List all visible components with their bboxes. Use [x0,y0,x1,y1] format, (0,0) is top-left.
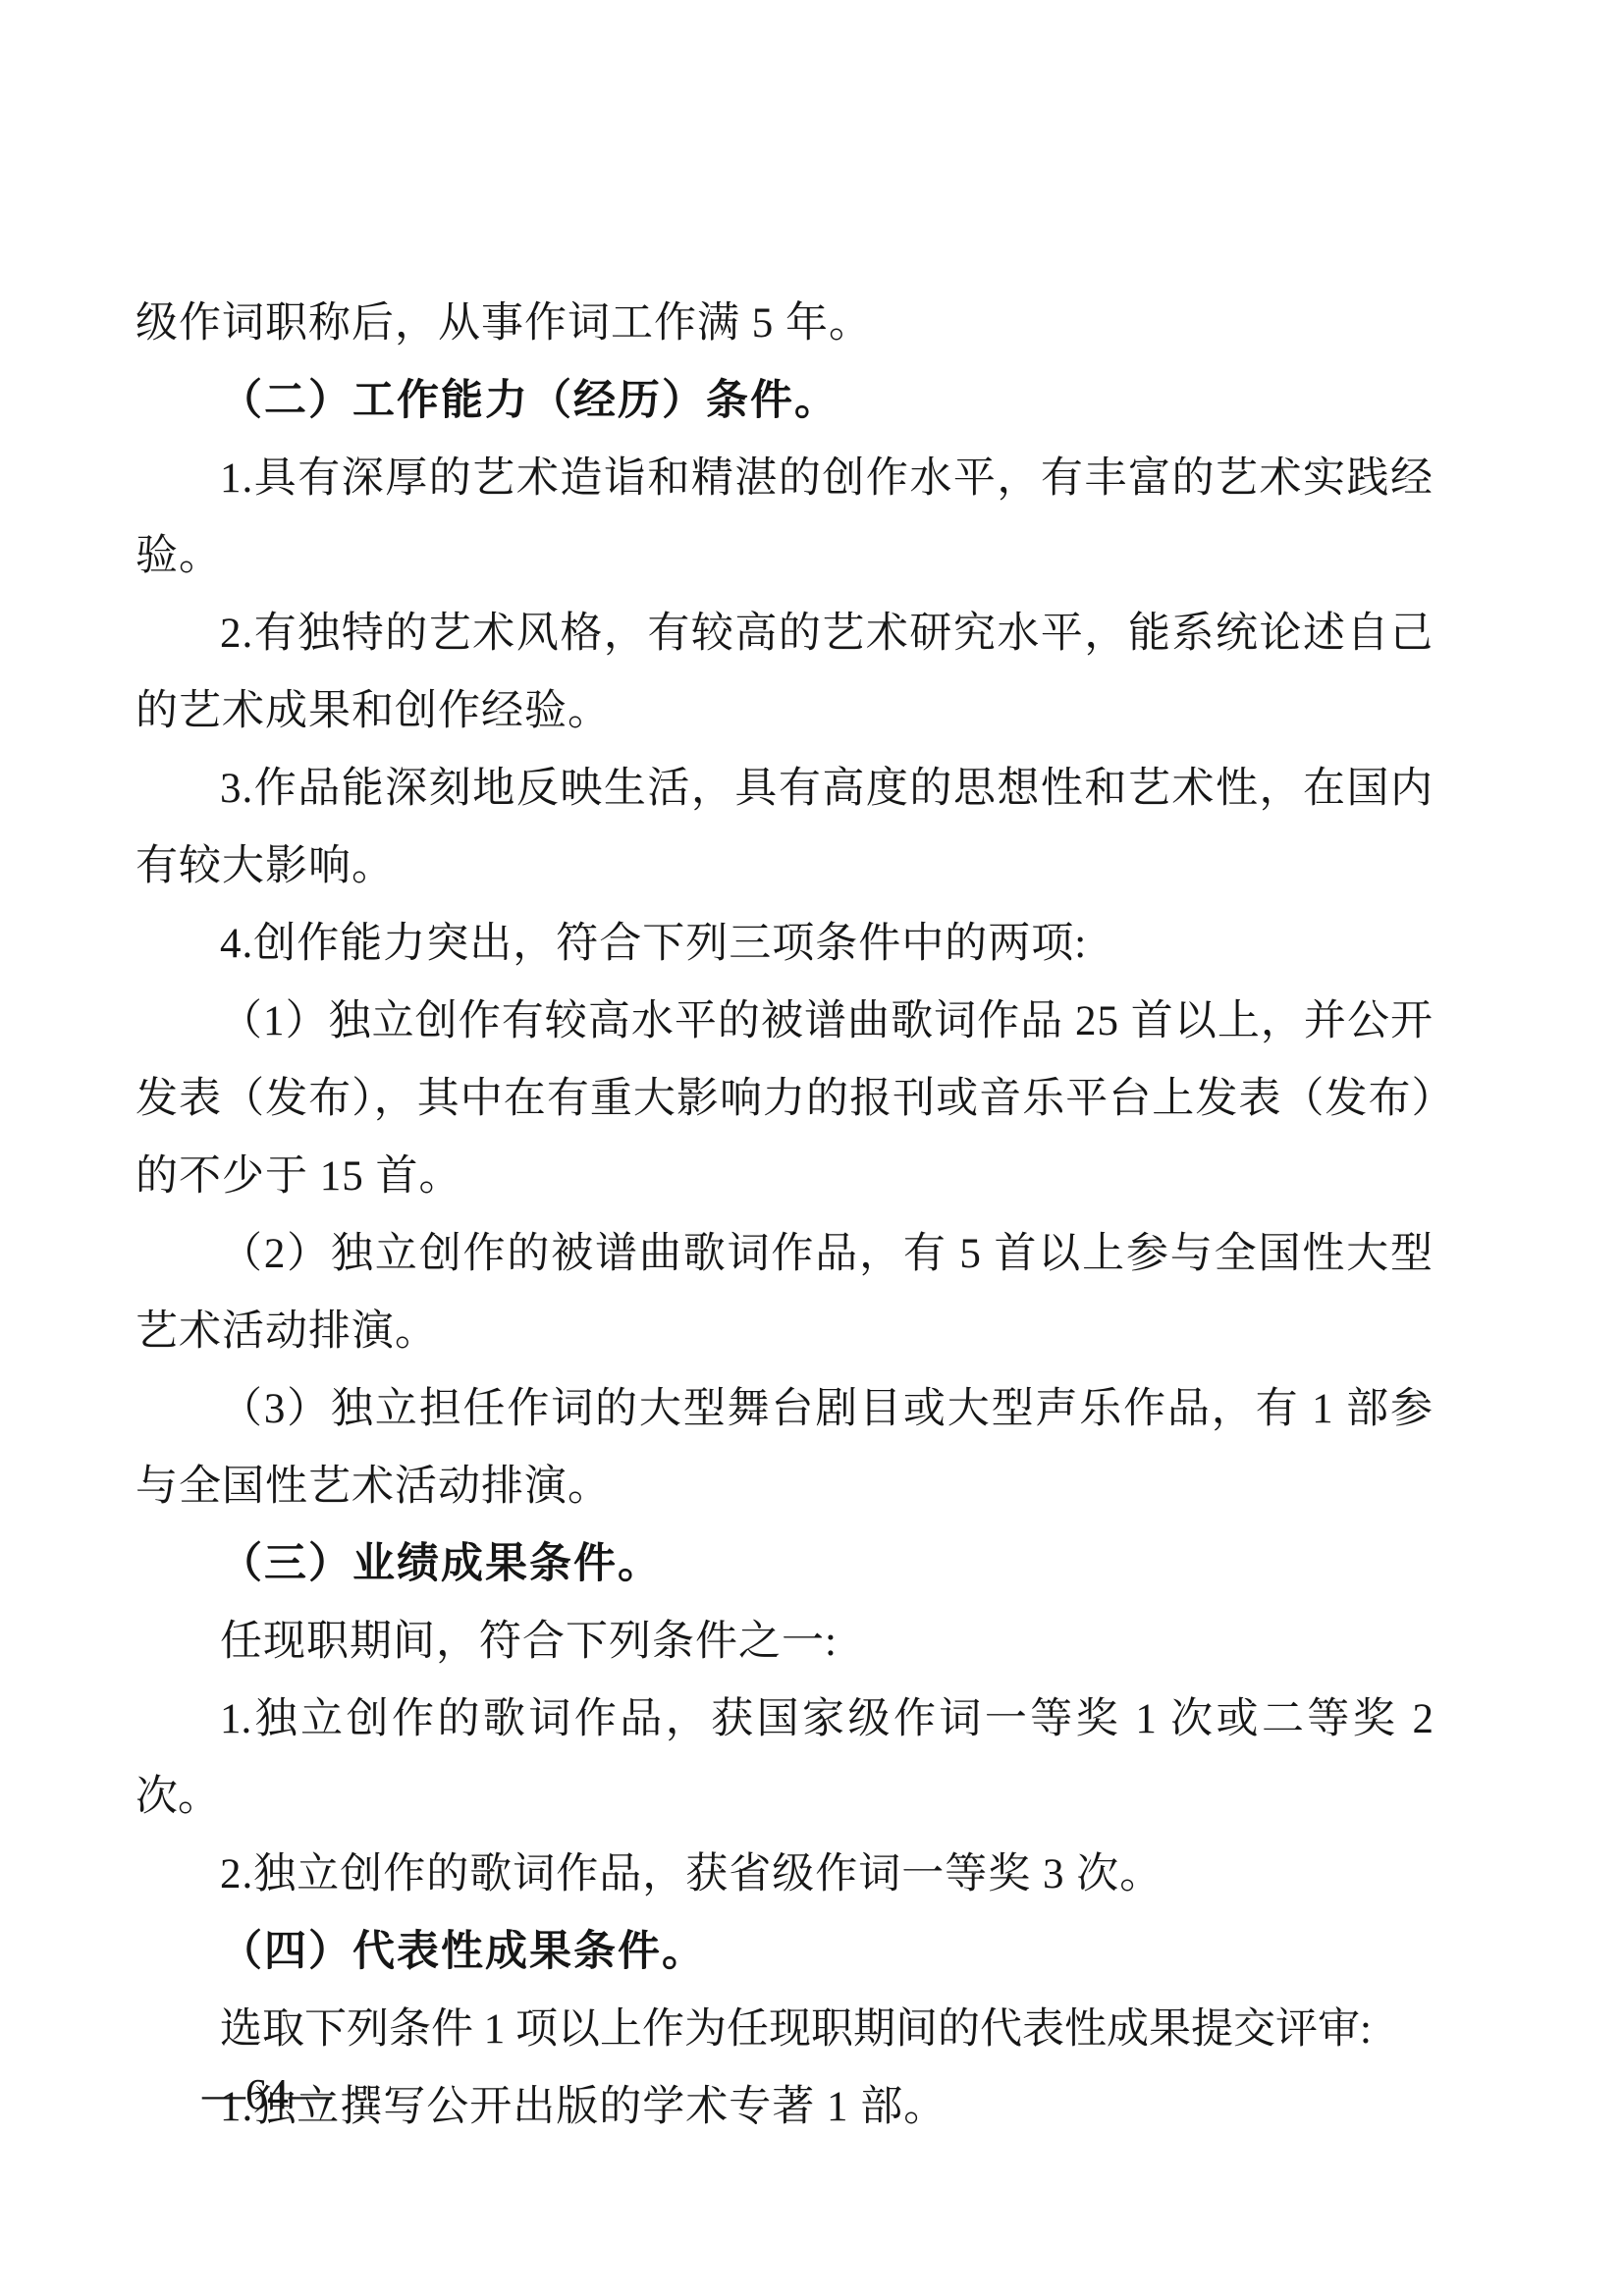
paragraph: 1.具有深厚的艺术造诣和精湛的创作水平，有丰富的艺术实践经验。 [135,440,1434,595]
paragraph: 2.有独特的艺术风格，有较高的艺术研究水平，能系统论述自己的艺术成果和创作经验。 [135,595,1434,750]
paragraph: （3）独立担任作词的大型舞台剧目或大型声乐作品，有 1 部参与全国性艺术活动排演… [135,1370,1434,1525]
paragraph: 任现职期间，符合下列条件之一: [135,1603,1434,1681]
paragraph: （1）独立创作有较高水平的被谱曲歌词作品 25 首以上，并公开发表（发布），其中… [135,983,1434,1215]
paragraph: （2）独立创作的被谱曲歌词作品，有 5 首以上参与全国性大型艺术活动排演。 [135,1215,1434,1370]
page-number: —64— [202,2069,332,2120]
document-text-block: 级作词职称后，从事作词工作满 5 年。 （二）工作能力（经历）条件。 1.具有深… [0,0,1623,2146]
paragraph: 1.独立创作的歌词作品，获国家级作词一等奖 1 次或二等奖 2 次。 [135,1681,1434,1836]
section-heading: （二）工作能力（经历）条件。 [135,362,1434,440]
paragraph: 选取下列条件 1 项以上作为任现职期间的代表性成果提交评审: [135,1991,1434,2068]
document-page: 级作词职称后，从事作词工作满 5 年。 （二）工作能力（经历）条件。 1.具有深… [0,0,1623,2296]
section-heading: （三）业绩成果条件。 [135,1525,1434,1603]
paragraph: 级作词职称后，从事作词工作满 5 年。 [135,285,1434,362]
paragraph: 3.作品能深刻地反映生活，具有高度的思想性和艺术性，在国内有较大影响。 [135,750,1434,905]
paragraph: 2.独立创作的歌词作品，获省级作词一等奖 3 次。 [135,1836,1434,1913]
paragraph: 4.创作能力突出，符合下列三项条件中的两项: [135,905,1434,983]
section-heading: （四）代表性成果条件。 [135,1913,1434,1991]
